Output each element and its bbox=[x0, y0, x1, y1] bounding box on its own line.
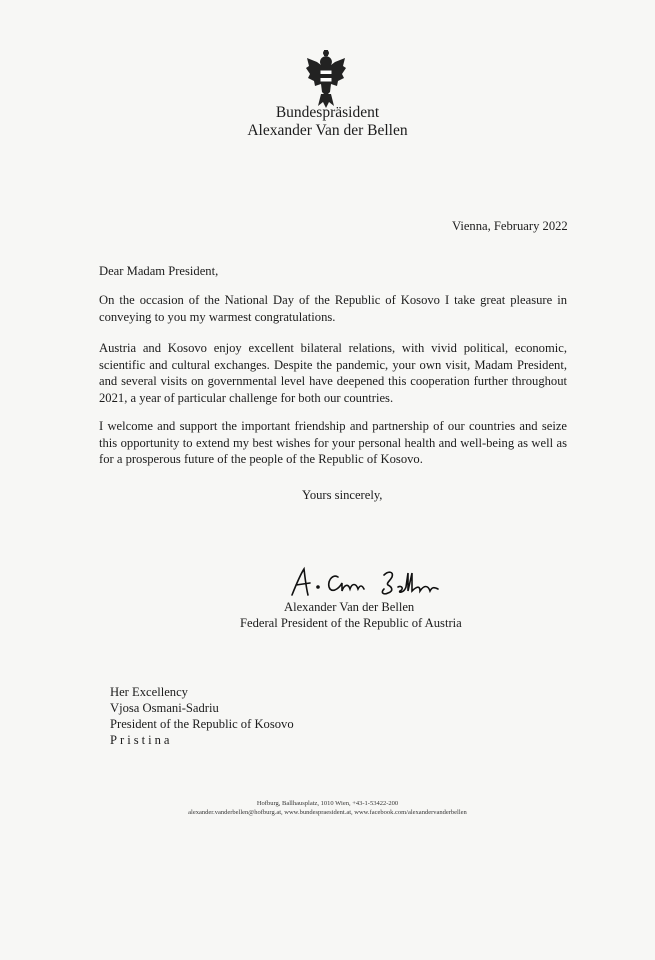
recipient-honorific: Her Excellency bbox=[110, 684, 188, 700]
recipient-name: Vjosa Osmani-Sadriu bbox=[110, 700, 219, 716]
recipient-title: President of the Republic of Kosovo bbox=[110, 716, 294, 732]
letterhead-name: Alexander Van der Bellen bbox=[0, 122, 655, 140]
recipient-city: Pristina bbox=[110, 732, 172, 748]
footer-contacts: alexander.vanderbellen@hofburg.at, www.b… bbox=[0, 809, 655, 816]
closing: Yours sincerely, bbox=[302, 487, 382, 503]
handwritten-signature-icon bbox=[288, 565, 448, 599]
date-line: Vienna, February 2022 bbox=[452, 218, 568, 234]
footer-address: Hofburg, Ballhausplatz, 1010 Wien, +43-1… bbox=[0, 800, 655, 807]
austrian-eagle-crest-icon bbox=[305, 48, 347, 110]
salutation: Dear Madam President, bbox=[99, 263, 218, 279]
paragraph-2: Austria and Kosovo enjoy excellent bilat… bbox=[99, 340, 567, 406]
letterhead-office: Bundespräsident bbox=[0, 104, 655, 122]
letter-page: Bundespräsident Alexander Van der Bellen… bbox=[0, 0, 655, 960]
paragraph-1: On the occasion of the National Day of t… bbox=[99, 292, 567, 325]
paragraph-3: I welcome and support the important frie… bbox=[99, 418, 567, 468]
signatory-title: Federal President of the Republic of Aus… bbox=[240, 615, 462, 631]
signatory-name: Alexander Van der Bellen bbox=[284, 599, 414, 615]
